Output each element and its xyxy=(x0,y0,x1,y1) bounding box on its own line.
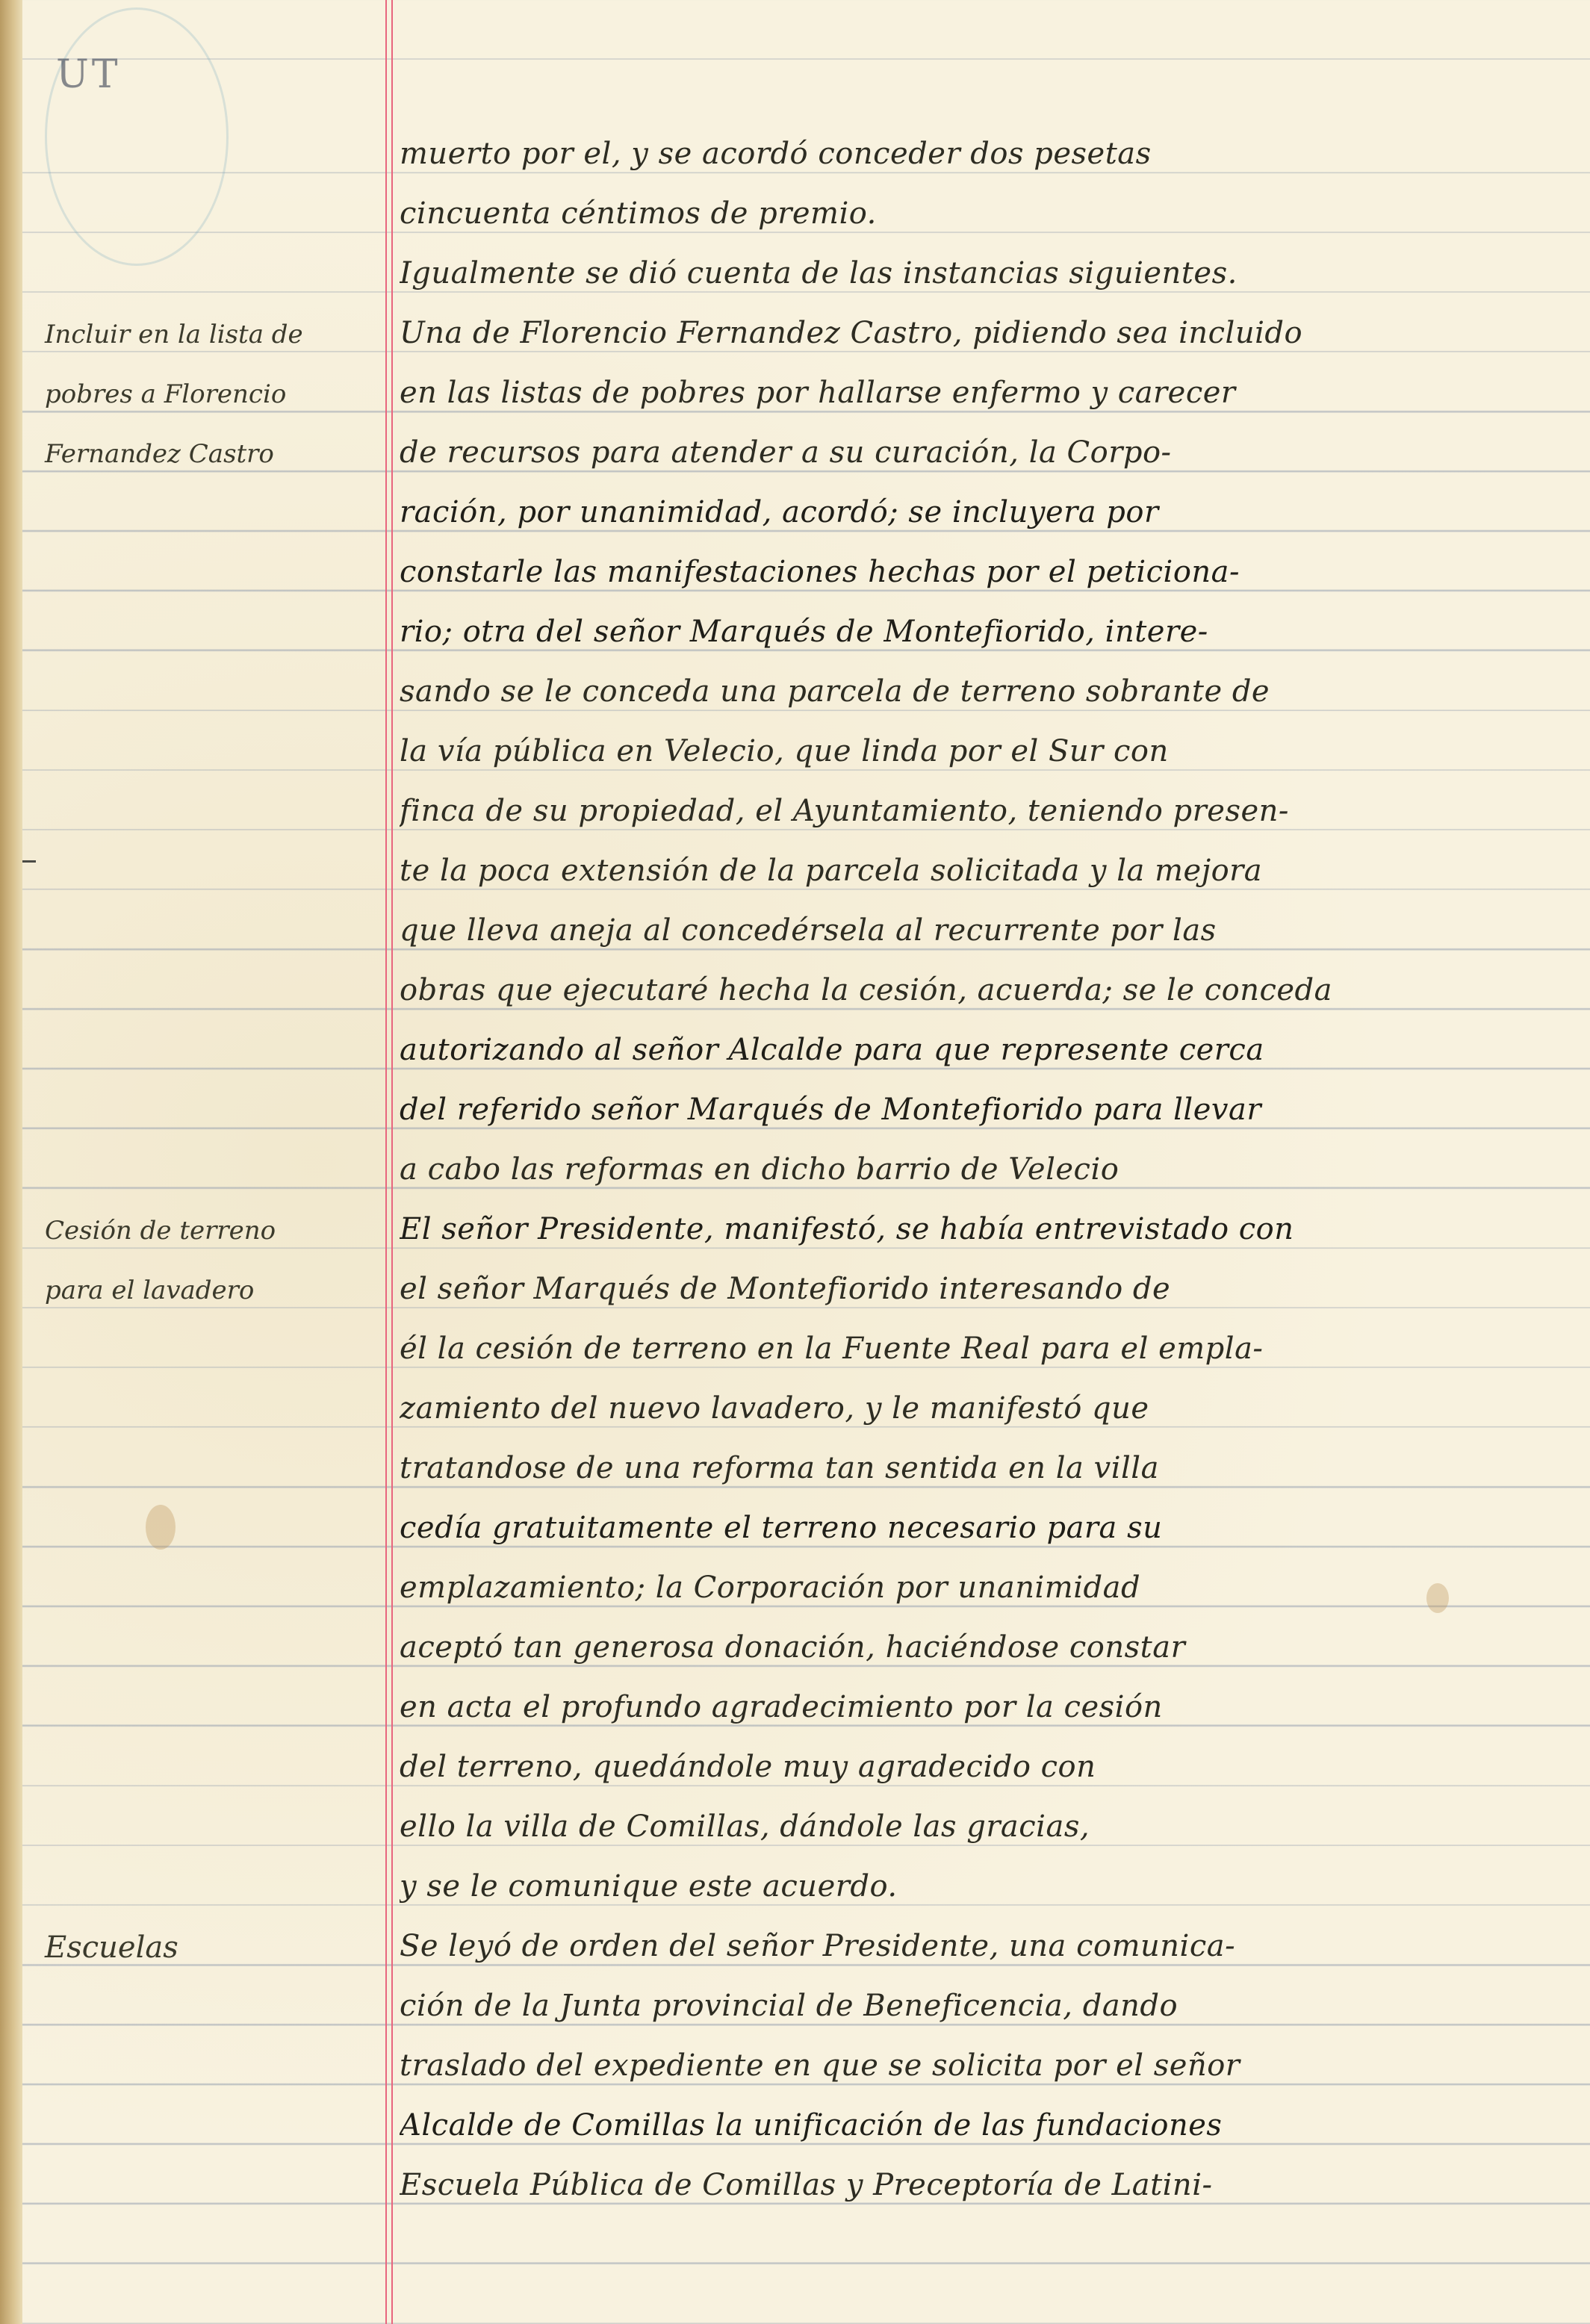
text-line: tratandose de una reforma tan sentida en… xyxy=(400,1438,1565,1498)
faded-seal-stamp xyxy=(45,7,229,266)
text-line: traslado del expediente en que se solici… xyxy=(400,2036,1565,2095)
text-line: Igualmente se dió cuenta de las instanci… xyxy=(400,243,1565,303)
margin-note-incluir-pobres: Incluir en la lista de pobres a Florenci… xyxy=(45,305,381,484)
text-line: el señor Marqués de Montefiorido interes… xyxy=(400,1259,1565,1319)
edge-tick-mark xyxy=(22,860,36,863)
margin-note-escuelas: Escuelas xyxy=(45,1918,381,1977)
text-line: ción de la Junta provincial de Beneficen… xyxy=(400,1976,1565,2036)
ledger-page: UT Incluir en la lista de pobres a Flore… xyxy=(0,0,1590,2324)
folio-mark: UT xyxy=(56,52,121,97)
text-line: y se le comunique este acuerdo. xyxy=(400,1857,1565,1916)
text-line: Se leyó de orden del señor Presidente, u… xyxy=(400,1916,1565,1976)
text-line: del referido señor Marqués de Montefiori… xyxy=(400,1080,1565,1140)
text-line: Escuela Pública de Comillas y Preceptorí… xyxy=(400,2155,1565,2215)
text-line: que lleva aneja al concedérsela al recur… xyxy=(400,901,1565,960)
paper-stain xyxy=(146,1505,176,1550)
text-line: zamiento del nuevo lavadero, y le manife… xyxy=(400,1379,1565,1438)
text-line: a cabo las reformas en dicho barrio de V… xyxy=(400,1140,1565,1199)
text-line: te la poca extensión de la parcela solic… xyxy=(400,841,1565,901)
text-line: aceptó tan generosa donación, haciéndose… xyxy=(400,1618,1565,1677)
text-line: Una de Florencio Fernandez Castro, pidie… xyxy=(400,303,1565,363)
text-line: muerto por el, y se acordó conceder dos … xyxy=(400,124,1565,184)
text-line: El señor Presidente, manifestó, se había… xyxy=(400,1199,1565,1259)
text-line: obras que ejecutaré hecha la cesión, acu… xyxy=(400,960,1565,1020)
text-line: rio; otra del señor Marqués de Montefior… xyxy=(400,602,1565,662)
text-line: ración, por unanimidad, acordó; se inclu… xyxy=(400,482,1565,542)
text-line: en las listas de pobres por hallarse enf… xyxy=(400,363,1565,423)
text-line: cedía gratuitamente el terreno necesario… xyxy=(400,1498,1565,1558)
text-line: cincuenta céntimos de premio. xyxy=(400,184,1565,243)
text-line: en acta el profundo agradecimiento por l… xyxy=(400,1677,1565,1737)
text-line: la vía pública en Velecio, que linda por… xyxy=(400,721,1565,781)
text-line: ello la villa de Comillas, dándole las g… xyxy=(400,1797,1565,1857)
text-line: Alcalde de Comillas la unificación de la… xyxy=(400,2095,1565,2155)
text-line: constarle las manifestaciones hechas por… xyxy=(400,542,1565,602)
minutes-body: muerto por el, y se acordó conceder dos … xyxy=(400,124,1565,2215)
text-line: sando se le conceda una parcela de terre… xyxy=(400,662,1565,721)
text-line: de recursos para atender a su curación, … xyxy=(400,423,1565,482)
text-line: autorizando al señor Alcalde para que re… xyxy=(400,1020,1565,1080)
margin-note-cesion-terreno: Cesión de terreno para el lavadero xyxy=(45,1201,381,1320)
text-line: finca de su propiedad, el Ayuntamiento, … xyxy=(400,781,1565,841)
red-margin-line xyxy=(385,0,393,2324)
book-binding-edge xyxy=(0,0,22,2324)
text-line: del terreno, quedándole muy agradecido c… xyxy=(400,1737,1565,1797)
text-line: emplazamiento; la Corporación por unanim… xyxy=(400,1558,1565,1618)
text-line: él la cesión de terreno en la Fuente Rea… xyxy=(400,1319,1565,1379)
